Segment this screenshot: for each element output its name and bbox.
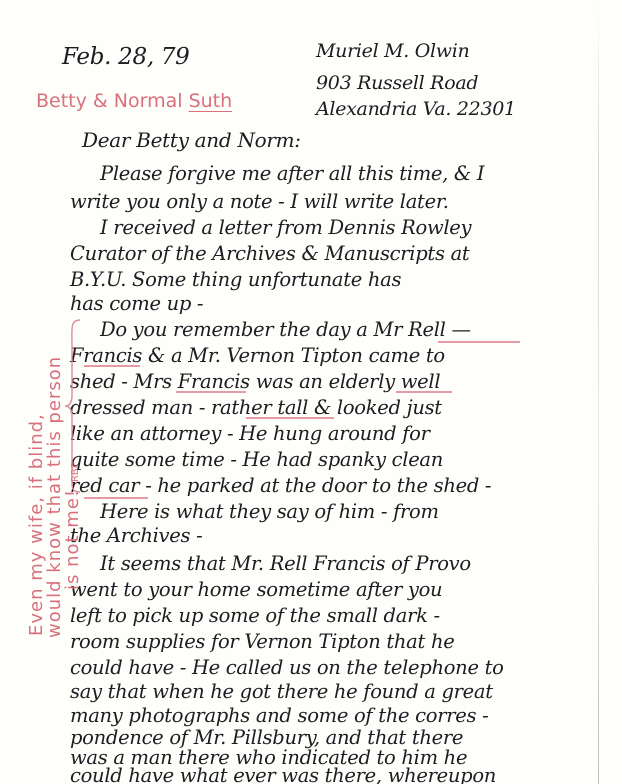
recipient-annotation: Betty & Normal Suth bbox=[36, 90, 232, 112]
body-line: I received a letter from Dennis Rowley bbox=[100, 216, 471, 239]
sender-name: Muriel M. Olwin bbox=[316, 40, 469, 62]
red-underline bbox=[84, 365, 140, 367]
body-line: write you only a note - I will write lat… bbox=[70, 190, 449, 213]
red-underline bbox=[246, 417, 334, 419]
body-line: room supplies for Vernon Tipton that he bbox=[70, 630, 454, 653]
body-line: say that when he got there he found a gr… bbox=[70, 680, 493, 703]
red-underline bbox=[84, 497, 148, 499]
red-underline bbox=[176, 391, 246, 393]
body-line: Here is what they say of him - from bbox=[100, 500, 439, 523]
body-line: many photographs and some of the corres … bbox=[70, 704, 488, 727]
body-line: quite some time - He had spanky clean bbox=[70, 448, 443, 471]
red-underline bbox=[438, 341, 520, 343]
recipient-surname: Suth bbox=[189, 90, 233, 112]
body-line: could have - He called us on the telepho… bbox=[70, 656, 504, 679]
letter-page: Feb. 28, 79 Muriel M. Olwin 903 Russell … bbox=[0, 0, 622, 784]
red-underline bbox=[396, 391, 452, 393]
body-line: left to pick up some of the small dark - bbox=[70, 604, 440, 627]
body-line: the Archives - bbox=[70, 524, 202, 547]
body-line: Francis & a Mr. Vernon Tipton came to bbox=[70, 344, 445, 367]
body-line: B.Y.U. Some thing unfortunate has bbox=[70, 268, 401, 291]
body-line: could have what ever was there, whereupo… bbox=[70, 764, 496, 784]
sender-city: Alexandria Va. 22301 bbox=[316, 98, 516, 120]
body-line: It seems that Mr. Rell Francis of Provo bbox=[100, 552, 471, 575]
body-line: Do you remember the day a Mr Rell — bbox=[100, 318, 471, 341]
body-line: dressed man - rather tall & looked just bbox=[70, 396, 442, 419]
recipient-given: Betty & Normal bbox=[36, 90, 183, 112]
margin-note-text: is not me! bbox=[62, 489, 83, 590]
body-line: went to your home sometime after you bbox=[70, 578, 442, 601]
body-line: Curator of the Archives & Manuscripts at bbox=[70, 242, 469, 265]
margin-note-line-3: is not me! RBF bbox=[62, 463, 83, 590]
body-line: has come up - bbox=[70, 292, 203, 315]
margin-note-initials: RBF bbox=[70, 463, 81, 483]
letter-date: Feb. 28, 79 bbox=[62, 44, 190, 70]
body-line: shed - Mrs Francis was an elderly well bbox=[70, 370, 440, 393]
body-line: like an attorney - He hung around for bbox=[70, 422, 430, 445]
body-line: red car - he parked at the door to the s… bbox=[70, 474, 491, 497]
sender-street: 903 Russell Road bbox=[316, 72, 478, 94]
page-edge bbox=[598, 0, 599, 784]
body-line: Please forgive me after all this time, &… bbox=[100, 162, 484, 185]
salutation: Dear Betty and Norm: bbox=[82, 128, 301, 152]
